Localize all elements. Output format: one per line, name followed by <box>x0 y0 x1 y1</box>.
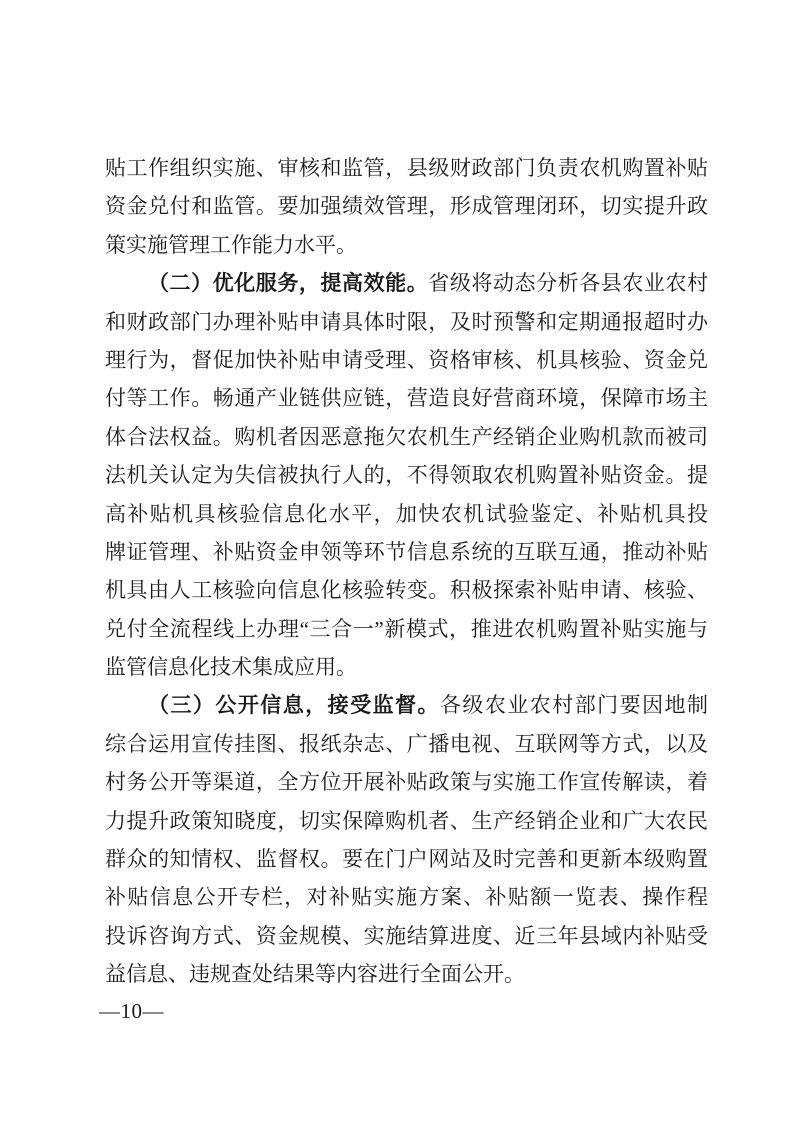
body-text: 村务公开等渠道，全方位开展补贴政策与实施工作宣传解读，着 <box>105 770 708 794</box>
text-line: 理行为，督促加快补贴申请受理、资格审核、机具核验、资金兑 <box>105 341 708 379</box>
text-line: 综合运用宣传挂图、报纸杂志、广播电视、互联网等方式，以及 <box>105 725 708 763</box>
body-text: 监管信息化技术集成应用。 <box>105 655 357 679</box>
body-text: 资金兑付和监管。要加强绩效管理，形成管理闭环，切实提升政 <box>105 194 708 218</box>
text-line: 投诉咨询方式、资金规模、实施结算进度、近三年县域内补贴受 <box>105 917 708 955</box>
text-line: 付等工作。畅通产业链供应链，营造良好营商环境，保障市场主 <box>105 379 708 417</box>
text-line: 群众的知情权、监督权。要在门户网站及时完善和更新本级购置 <box>105 840 708 878</box>
section-heading: （二）优化服务，提高效能。 <box>148 271 428 295</box>
body-text: 补贴信息公开专栏，对补贴实施方案、补贴额一览表、操作程序、 <box>105 885 708 916</box>
text-line: 益信息、违规查处结果等内容进行全面公开。 <box>105 955 708 993</box>
body-text: 综合运用宣传挂图、报纸杂志、广播电视、互联网等方式，以及 <box>105 732 708 756</box>
text-line: 兑付全流程线上办理“三合一”新模式，推进农机购置补贴实施与 <box>105 610 708 648</box>
text-line: 策实施管理工作能力水平。 <box>105 226 708 264</box>
text-line: 村务公开等渠道，全方位开展补贴政策与实施工作宣传解读，着 <box>105 763 708 801</box>
text-line: 补贴信息公开专栏，对补贴实施方案、补贴额一览表、操作程序、 <box>105 878 708 916</box>
document-body: 贴工作组织实施、审核和监管，县级财政部门负责农机购置补贴资金兑付和监管。要加强绩… <box>105 149 708 994</box>
text-line: 牌证管理、补贴资金申领等环节信息系统的互联互通，推动补贴 <box>105 533 708 571</box>
text-line: （三）公开信息，接受监督。各级农业农村部门要因地制宜、 <box>105 686 708 724</box>
body-text: 兑付全流程线上办理“三合一”新模式，推进农机购置补贴实施与 <box>105 617 708 641</box>
body-text: 高补贴机具核验信息化水平，加快农机试验鉴定、补贴机具投档、 <box>105 502 708 533</box>
body-text: 法机关认定为失信被执行人的，不得领取农机购置补贴资金。提 <box>105 463 708 487</box>
body-text: 牌证管理、补贴资金申领等环节信息系统的互联互通，推动补贴 <box>105 540 708 564</box>
body-text: 策实施管理工作能力水平。 <box>105 233 357 257</box>
text-line: 高补贴机具核验信息化水平，加快农机试验鉴定、补贴机具投档、 <box>105 495 708 533</box>
body-text: 机具由人工核验向信息化核验转变。积极探索补贴申请、核验、 <box>105 578 708 602</box>
text-line: 和财政部门办理补贴申请具体时限，及时预警和定期通报超时办 <box>105 303 708 341</box>
body-text: 付等工作。畅通产业链供应链，营造良好营商环境，保障市场主 <box>105 386 708 410</box>
text-line: 贴工作组织实施、审核和监管，县级财政部门负责农机购置补贴 <box>105 149 708 187</box>
body-text: 贴工作组织实施、审核和监管，县级财政部门负责农机购置补贴 <box>105 156 708 180</box>
text-line: 资金兑付和监管。要加强绩效管理，形成管理闭环，切实提升政 <box>105 187 708 225</box>
document-page: 贴工作组织实施、审核和监管，县级财政部门负责农机购置补贴资金兑付和监管。要加强绩… <box>0 0 794 1122</box>
text-line: （二）优化服务，提高效能。省级将动态分析各县农业农村 <box>105 264 708 302</box>
body-text: 理行为，督促加快补贴申请受理、资格审核、机具核验、资金兑 <box>105 348 708 372</box>
body-text: 益信息、违规查处结果等内容进行全面公开。 <box>105 962 525 986</box>
body-text: 投诉咨询方式、资金规模、实施结算进度、近三年县域内补贴受 <box>105 924 708 948</box>
text-line: 力提升政策知晓度，切实保障购机者、生产经销企业和广大农民 <box>105 802 708 840</box>
text-line: 法机关认定为失信被执行人的，不得领取农机购置补贴资金。提 <box>105 456 708 494</box>
body-text: 力提升政策知晓度，切实保障购机者、生产经销企业和广大农民 <box>105 809 708 833</box>
body-text: 体合法权益。购机者因恶意拖欠农机生产经销企业购机款而被司 <box>105 425 708 449</box>
text-line: 体合法权益。购机者因恶意拖欠农机生产经销企业购机款而被司 <box>105 418 708 456</box>
body-text: 和财政部门办理补贴申请具体时限，及时预警和定期通报超时办 <box>105 310 708 334</box>
text-line: 机具由人工核验向信息化核验转变。积极探索补贴申请、核验、 <box>105 571 708 609</box>
body-text: 群众的知情权、监督权。要在门户网站及时完善和更新本级购置 <box>105 847 708 871</box>
page-number-label: —10— <box>99 997 164 1025</box>
body-text: 省级将动态分析各县农业农村 <box>428 271 708 295</box>
text-line: 监管信息化技术集成应用。 <box>105 648 708 686</box>
section-heading: （三）公开信息，接受监督。 <box>148 693 440 717</box>
